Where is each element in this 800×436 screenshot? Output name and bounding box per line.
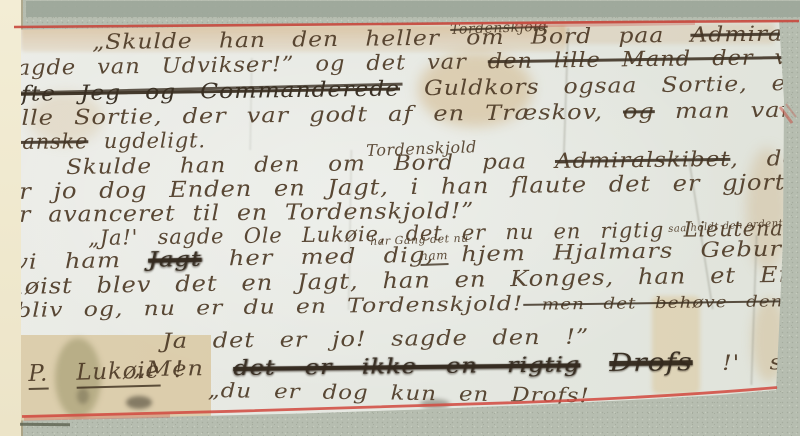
manuscript-segment: Admiralskibet [555,147,731,173]
manuscript-segment: P. [28,360,48,390]
manuscript-segment: Drofs [609,347,693,377]
manuscript-segment: og [623,99,655,123]
dark-mark-bottom-left [20,423,70,427]
manuscript-segment: Guldkors ogsaa Sortie, et ganske [400,69,800,100]
manuscript-line: „du er dog kun en Drofs! [208,380,590,406]
manuscript-segment: det er ikke en rigtig [233,352,580,380]
manuscript-segment: men det behøve den nøgle [523,291,800,314]
mount-top-shadow-band [26,1,800,17]
manuscript-line: ganske ugdeligt. [8,129,206,153]
manuscript-segment: ugdeligt. [88,128,206,153]
manuscript-segment: ! [160,357,185,384]
manuscript-line: P. Lukøie ! [28,358,184,386]
album-page-edge [0,0,23,436]
manuscript-insert: Tordenskjold [366,137,477,160]
manuscript-line: „Men det er ikke en rigtig Drofs !' sagd… [133,348,800,381]
manuscript-segment: Jagt [148,247,202,272]
manuscript-segment: ofte Jeg og Commanderede [6,78,400,106]
manuscript-segment: lille Sortie, der var godt af en Træskov… [4,100,623,130]
manuscript-paper: „Skulde han den heller om Bord paa Admir… [0,0,800,436]
manuscript-segment: vi ham [14,248,148,274]
manuscript-line: Ja det er jo! sagde den !” [162,326,589,353]
manuscript-segment [580,352,610,376]
manuscript-insert: ham [420,248,448,266]
manuscript-segment [48,360,77,387]
scanned-manuscript-page: „Skulde han den heller om Bord paa Admir… [0,0,800,436]
manuscript-segment: Ja det er jo! sagde den !” [162,325,589,353]
manuscript-segment: den lille Mand der var flaut [488,44,800,74]
manuscript-segment: „du er dog kun en Drofs! [208,378,590,407]
handwriting-layer: „Skulde han den heller om Bord paa Admir… [0,0,800,436]
manuscript-segment: Lukøie [76,358,160,389]
manuscript-segment: man var aller [655,97,800,123]
